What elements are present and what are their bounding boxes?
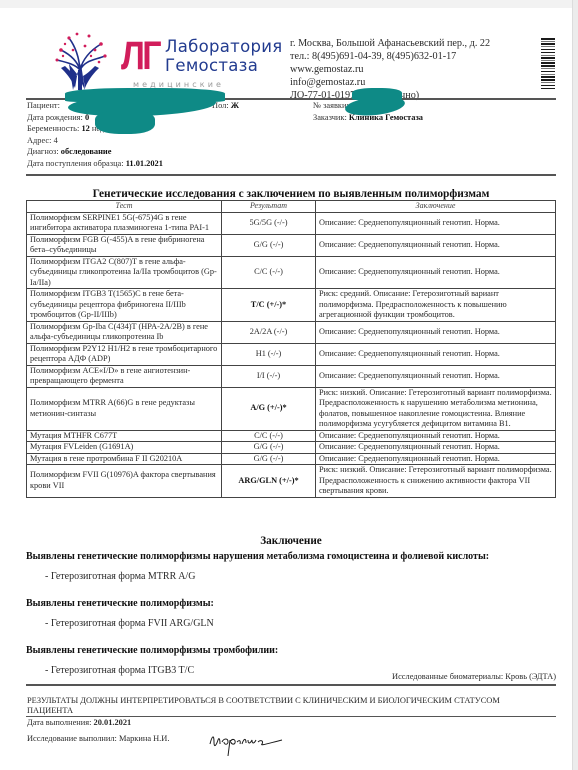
result-cell: A/G (+/-)* xyxy=(222,387,316,430)
table-row: Полиморфизм FGB G(-455)A в гене фибриног… xyxy=(27,234,556,256)
phones: тел.: 8(495)691-04-39, 8(495)632-01-17 xyxy=(290,50,490,63)
table-row: Мутация FVLeiden (G1691A)G/G (-/-)Описан… xyxy=(27,442,556,454)
test-cell: Полиморфизм FVII G(10976)A фактора сверт… xyxy=(27,465,222,498)
column-header-test: Тест xyxy=(27,201,222,213)
conclusion-title: Заключение xyxy=(26,535,556,547)
table-row: Полиморфизм FVII G(10976)A фактора сверт… xyxy=(27,465,556,498)
info-divider xyxy=(26,174,556,176)
table-row: Полиморфизм ACE«I/D» в гене ангиотензин-… xyxy=(27,365,556,387)
result-cell: 2A/2A (-/-) xyxy=(222,321,316,343)
conclusion-cell: Описание: Среднепопуляционный генотип. Н… xyxy=(316,365,556,387)
logo-title: Лаборатория Гемостаза xyxy=(165,37,283,75)
table-row: Полиморфизм P2Y12 H1/H2 в гене тромбоцит… xyxy=(27,343,556,365)
conclusion-cell: Описание: Среднепопуляционный генотип. Н… xyxy=(316,343,556,365)
result-cell: 5G/5G (-/-) xyxy=(222,212,316,234)
footer-divider xyxy=(26,684,556,686)
redaction-mark xyxy=(65,88,225,102)
address-line: Адрес: 4 xyxy=(27,135,239,147)
test-cell: Мутация FVLeiden (G1691A) xyxy=(27,442,222,454)
conclusion-item: - Гетерозиготная форма ITGB3 T/C xyxy=(45,665,194,676)
table-row: Полиморфизм ITGB3 T(1565)C в гене бета-с… xyxy=(27,289,556,322)
redaction-mark xyxy=(95,110,155,134)
result-cell: G/G (-/-) xyxy=(222,453,316,465)
column-header-conclusion: Заключение xyxy=(316,201,556,213)
conclusion-cell: Описание: Среднепопуляционный генотип. Н… xyxy=(316,453,556,465)
result-cell: T/C (+/-)* xyxy=(222,289,316,322)
result-cell: G/G (-/-) xyxy=(222,442,316,454)
conclusion-heading: Выявлены генетические полиморфизмы тромб… xyxy=(26,645,278,656)
email: info@gemostaz.ru xyxy=(290,76,490,89)
result-cell: I/I (-/-) xyxy=(222,365,316,387)
result-cell: C/C (-/-) xyxy=(222,430,316,442)
result-cell: H1 (-/-) xyxy=(222,343,316,365)
test-cell: Полиморфизм Gp-Iba C(434)T (HPA-2A/2B) в… xyxy=(27,321,222,343)
conclusion-cell: Описание: Среднепопуляционный генотип. Н… xyxy=(316,442,556,454)
test-cell: Полиморфизм SERPINE1 5G(-675)4G в гене и… xyxy=(27,212,222,234)
result-cell: ARG/GLN (+/-)* xyxy=(222,465,316,498)
results-title: Генетические исследования с заключением … xyxy=(26,188,556,200)
scrollbar[interactable] xyxy=(572,0,578,770)
column-header-result: Результат xyxy=(222,201,316,213)
table-header-row: Тест Результат Заключение xyxy=(27,201,556,213)
conclusion-heading: Выявлены генетические полиморфизмы наруш… xyxy=(26,551,489,562)
performer: Исследование выполнил: Маркина Н.И. xyxy=(27,734,169,743)
table-row: Мутация в гене протромбина F II G20210AG… xyxy=(27,453,556,465)
test-cell: Полиморфизм FGB G(-455)A в гене фибриног… xyxy=(27,234,222,256)
conclusion-item: - Гетерозиготная форма MTRR A/G xyxy=(45,571,195,582)
table-row: Полиморфизм ITGA2 C(807)T в гене альфа-с… xyxy=(27,256,556,289)
test-cell: Мутация MTHFR C677T xyxy=(27,430,222,442)
conclusion-cell: Описание: Среднепопуляционный генотип. Н… xyxy=(316,234,556,256)
website: www.gemostaz.ru xyxy=(290,63,490,76)
conclusion-cell: Описание: Среднепопуляционный генотип. Н… xyxy=(316,321,556,343)
results-table: Тест Результат Заключение Полиморфизм SE… xyxy=(26,200,556,498)
disclaimer: РЕЗУЛЬТАТЫ ДОЛЖНЫ ИНТЕРПРЕТИРОВАТЬСЯ В С… xyxy=(27,696,527,716)
address: г. Москва, Большой Афанасьевский пер., д… xyxy=(290,37,490,50)
barcode-icon xyxy=(541,38,555,96)
diagnosis-line: Диагноз: обследование xyxy=(27,146,239,158)
table-row: Полиморфизм SERPINE1 5G(-675)4G в гене и… xyxy=(27,212,556,234)
conclusion-cell: Риск: низкий. Описание: Гетерозиготный в… xyxy=(316,465,556,498)
test-cell: Полиморфизм ITGB3 T(1565)C в гене бета-с… xyxy=(27,289,222,322)
table-row: Полиморфизм Gp-Iba C(434)T (HPA-2A/2B) в… xyxy=(27,321,556,343)
table-row: Полиморфизм MTRR A(66)G в гене редуктазы… xyxy=(27,387,556,430)
conclusion-item: - Гетерозиготная форма FVII ARG/GLN xyxy=(45,618,214,629)
test-cell: Полиморфизм MTRR A(66)G в гене редуктазы… xyxy=(27,387,222,430)
redaction-mark xyxy=(352,88,402,100)
conclusion-cell: Риск: средний. Описание: Гетерозиготный … xyxy=(316,289,556,322)
signature-image xyxy=(206,730,286,758)
completion-date: Дата выполнения: 20.01.2021 xyxy=(27,718,131,727)
conclusion-cell: Описание: Среднепопуляционный генотип. Н… xyxy=(316,212,556,234)
table-row: Мутация MTHFR C677TC/C (-/-)Описание: Ср… xyxy=(27,430,556,442)
conclusion-heading: Выявлены генетические полиморфизмы: xyxy=(26,598,214,609)
conclusion-cell: Риск: низкий. Описание: Гетерозиготный в… xyxy=(316,387,556,430)
lab-report-page: ЛГ Лаборатория Гемостаза медицинские ана… xyxy=(0,8,572,770)
test-cell: Мутация в гене протромбина F II G20210A xyxy=(27,453,222,465)
logo-mark: ЛГ xyxy=(121,36,159,76)
test-cell: Полиморфизм ACE«I/D» в гене ангиотензин-… xyxy=(27,365,222,387)
result-cell: C/C (-/-) xyxy=(222,256,316,289)
conclusion-cell: Описание: Среднепопуляционный генотип. Н… xyxy=(316,430,556,442)
received-date-line: Дата поступления образца: 11.01.2021 xyxy=(27,158,239,170)
test-cell: Полиморфизм ITGA2 C(807)T в гене альфа-с… xyxy=(27,256,222,289)
conclusion-cell: Описание: Среднепопуляционный генотип. Н… xyxy=(316,256,556,289)
test-cell: Полиморфизм P2Y12 H1/H2 в гене тромбоцит… xyxy=(27,343,222,365)
biomaterial-note: Исследованные биоматериалы: Кровь (ЭДТА) xyxy=(392,672,556,681)
tree-hands-logo-icon xyxy=(55,30,117,92)
result-cell: G/G (-/-) xyxy=(222,234,316,256)
